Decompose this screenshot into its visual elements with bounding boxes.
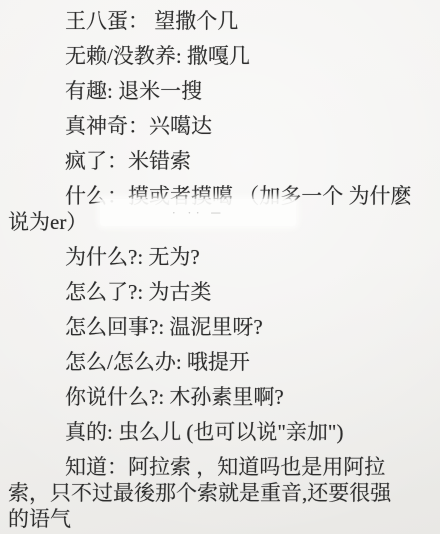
- page: { "page": { "bg_color": "#f1f0ee", "text…: [0, 0, 440, 534]
- text-line: 知道：阿拉索 ，知道吗也是用阿拉: [8, 454, 440, 480]
- text-line: 疯了：米错索: [8, 148, 440, 174]
- text-line: 有趣: 退米一搜: [8, 78, 440, 104]
- text-line: 索，只不过最後那个索就是重音,还要很强: [8, 480, 440, 506]
- glossary-entry: 怎么回事?: 温泥里呀?: [8, 314, 440, 340]
- text-line: 真神奇：兴噶达: [8, 113, 440, 139]
- glossary-entry: 有趣: 退米一搜: [8, 78, 440, 104]
- erased-watermark: · ·· ─: [100, 199, 296, 226]
- glossary-entry: 王八蛋： 望撒个几: [8, 8, 440, 34]
- text-line: 怎么回事?: 温泥里呀?: [8, 314, 440, 340]
- text-line: 真的: 虫么儿 (也可以说"亲加"): [8, 419, 440, 445]
- text-line: 无赖/没教养: 撒嘎几: [8, 43, 440, 69]
- glossary-entry: 真的: 虫么儿 (也可以说"亲加"): [8, 419, 440, 445]
- text-line: 你说什么?: 木孙素里啊?: [8, 384, 440, 410]
- glossary-entry: 怎么/怎么办: 哦提开: [8, 349, 440, 375]
- glossary-entry: 为什么?: 无为?: [8, 244, 440, 270]
- glossary-entry: 无赖/没教养: 撒嘎几: [8, 43, 440, 69]
- glossary-entry: 真神奇：兴噶达: [8, 113, 440, 139]
- glossary: 王八蛋： 望撒个几无赖/没教养: 撒嘎几有趣: 退米一搜真神奇：兴噶达疯了：米错…: [8, 8, 440, 532]
- glossary-entry: 疯了：米错索: [8, 148, 440, 174]
- glossary-entry: 怎么了?: 为古类: [8, 279, 440, 305]
- glossary-entry: 知道：阿拉索 ，知道吗也是用阿拉索，只不过最後那个索就是重音,还要很强的语气: [8, 454, 440, 532]
- text-line: 怎么了?: 为古类: [8, 279, 440, 305]
- text-line: 王八蛋： 望撒个几: [8, 8, 440, 34]
- text-line: 的语气: [8, 506, 440, 532]
- text-line: 为什么?: 无为?: [8, 244, 440, 270]
- text-line: 怎么/怎么办: 哦提开: [8, 349, 440, 375]
- glossary-entry: 你说什么?: 木孙素里啊?: [8, 384, 440, 410]
- smudge-marks: · ·· ─: [172, 205, 225, 221]
- phrasebook-text: 王八蛋： 望撒个几无赖/没教养: 撒嘎几有趣: 退米一搜真神奇：兴噶达疯了：米错…: [0, 0, 440, 532]
